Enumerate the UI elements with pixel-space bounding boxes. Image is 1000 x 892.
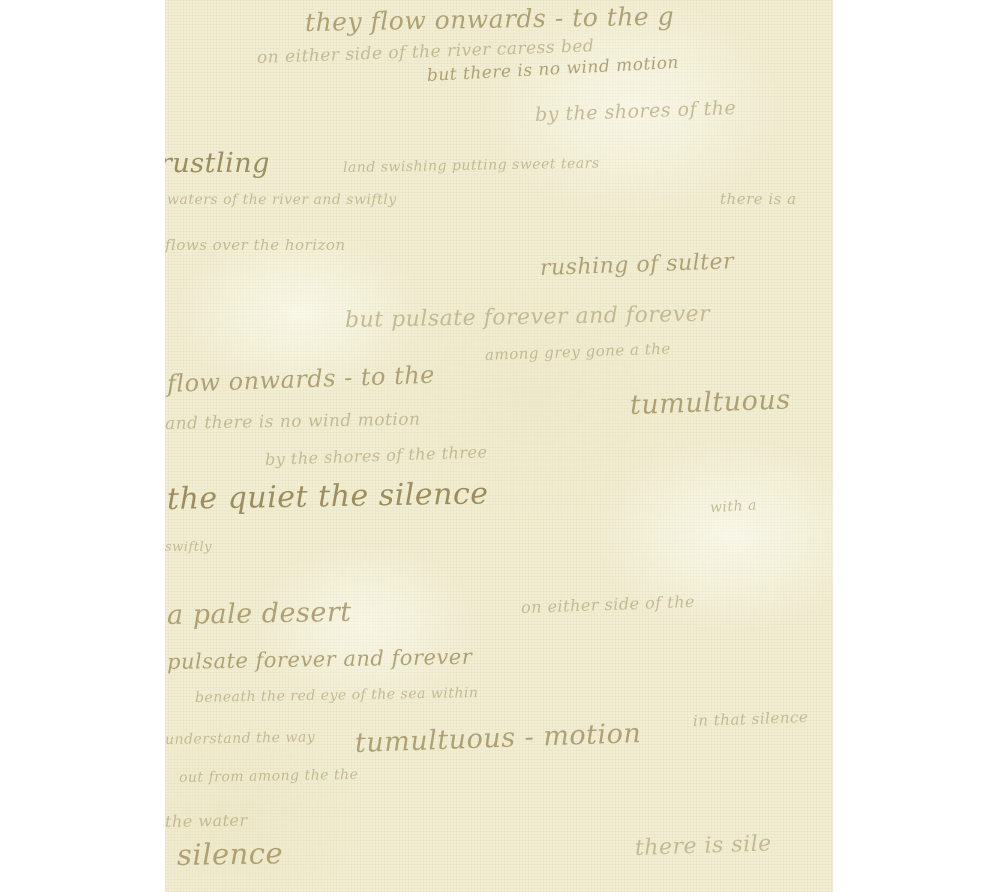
script-text: rushing of sulter xyxy=(540,249,735,281)
script-text: by the shores of the three xyxy=(265,442,488,469)
script-text: silence xyxy=(177,836,284,872)
script-text: tumultuous - motion xyxy=(354,718,641,759)
script-text: but pulsate forever and forever xyxy=(345,302,711,333)
script-text: beneath the red eye of the sea within xyxy=(195,685,479,706)
script-text: by the shores of the xyxy=(535,97,737,126)
script-text: flow onwards - to the xyxy=(167,361,436,398)
script-text: rustling xyxy=(165,148,270,179)
script-text: there is a xyxy=(720,190,797,208)
script-text: the quiet the silence xyxy=(167,476,489,517)
script-text: out from among the the xyxy=(179,767,359,786)
script-text: they flow onwards - to the g xyxy=(305,2,675,37)
script-text: understand the way xyxy=(165,729,315,748)
script-text: with a xyxy=(710,498,758,516)
script-text: the water xyxy=(165,811,248,831)
script-text: and there is no wind motion xyxy=(165,410,421,434)
script-text: a pale desert xyxy=(167,597,352,631)
script-text: tumultuous xyxy=(629,384,791,421)
script-text: in that silence xyxy=(693,708,809,730)
script-text: pulsate forever and forever xyxy=(167,645,473,674)
script-text: land swishing putting sweet tears xyxy=(343,156,600,176)
wallpaper-swatch: they flow onwards - to the g on either s… xyxy=(165,0,833,892)
script-text: swiftly xyxy=(165,540,212,555)
script-text: waters of the river and swiftly xyxy=(167,192,397,208)
script-text: flows over the horizon xyxy=(165,236,346,254)
script-text: on either side of the xyxy=(521,592,696,617)
script-text: there is sile xyxy=(635,831,773,861)
script-text: among grey gone a the xyxy=(485,340,671,364)
